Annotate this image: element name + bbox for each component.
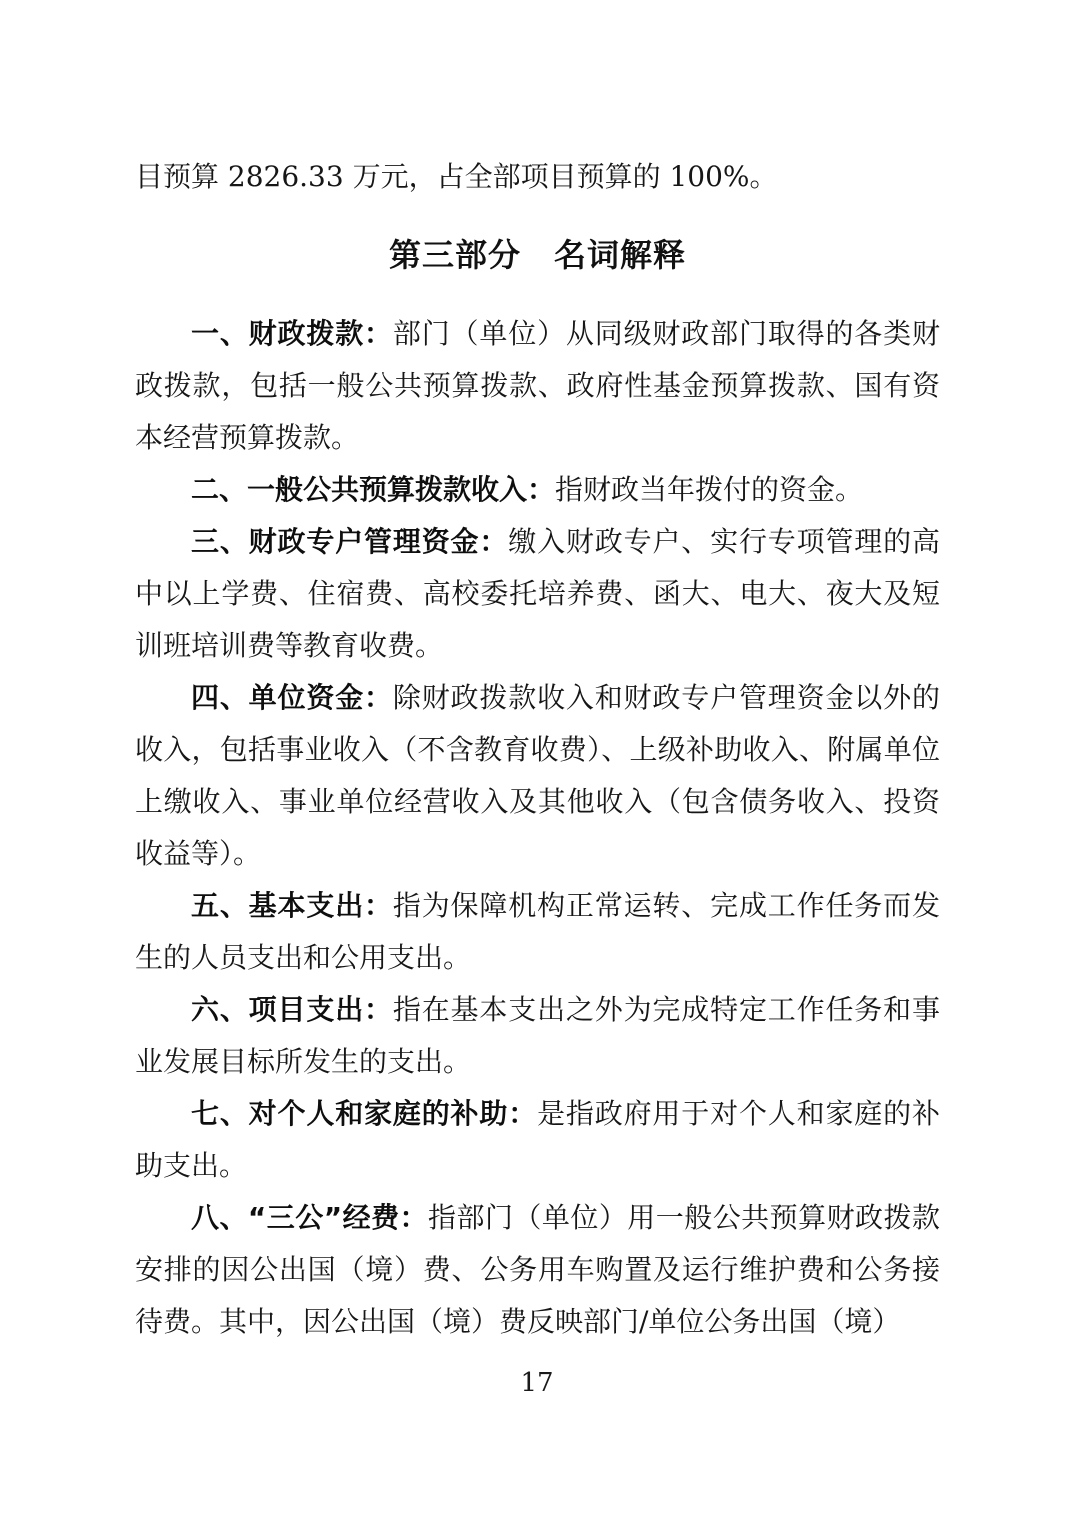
definition-paragraph: 二、一般公共预算拨款收入：指财政当年拨付的资金。 <box>135 464 940 516</box>
definition-paragraph: 一、财政拨款：部门（单位）从同级财政部门取得的各类财政拨款，包括一般公共预算拨款… <box>135 308 940 464</box>
definition-term: 二、一般公共预算拨款收入： <box>191 473 555 506</box>
definition-term: 八、“三公”经费： <box>191 1201 428 1234</box>
definition-paragraph: 七、对个人和家庭的补助：是指政府用于对个人和家庭的补助支出。 <box>135 1088 940 1192</box>
definition-term: 一、财政拨款： <box>191 317 393 350</box>
definition-term: 六、项目支出： <box>191 993 393 1026</box>
definition-term: 五、基本支出： <box>191 889 393 922</box>
page-number: 17 <box>0 1366 1074 1400</box>
definition-paragraph: 三、财政专户管理资金：缴入财政专户、实行专项管理的高中以上学费、住宿费、高校委托… <box>135 516 940 672</box>
intro-continuation-line: 目预算 2826.33 万元，占全部项目预算的 100%。 <box>135 151 940 203</box>
definition-paragraph: 四、单位资金：除财政拨款收入和财政专户管理资金以外的收入，包括事业收入（不含教育… <box>135 672 940 880</box>
definition-text: 指财政当年拨付的资金。 <box>555 473 863 506</box>
section-heading: 第三部分 名词解释 <box>135 229 940 281</box>
definition-paragraph: 五、基本支出：指为保障机构正常运转、完成工作任务而发生的人员支出和公用支出。 <box>135 880 940 984</box>
definition-paragraph: 八、“三公”经费：指部门（单位）用一般公共预算财政拨款安排的因公出国（境）费、公… <box>135 1192 940 1348</box>
definition-term: 三、财政专户管理资金： <box>191 525 508 558</box>
definition-paragraph: 六、项目支出：指在基本支出之外为完成特定工作任务和事业发展目标所发生的支出。 <box>135 984 940 1088</box>
page-content: 目预算 2826.33 万元，占全部项目预算的 100%。 第三部分 名词解释 … <box>135 151 940 1348</box>
document-page: 目预算 2826.33 万元，占全部项目预算的 100%。 第三部分 名词解释 … <box>0 0 1074 1520</box>
definition-term: 七、对个人和家庭的补助： <box>191 1097 537 1130</box>
definitions-list: 一、财政拨款：部门（单位）从同级财政部门取得的各类财政拨款，包括一般公共预算拨款… <box>135 308 940 1348</box>
definition-term: 四、单位资金： <box>191 681 393 714</box>
